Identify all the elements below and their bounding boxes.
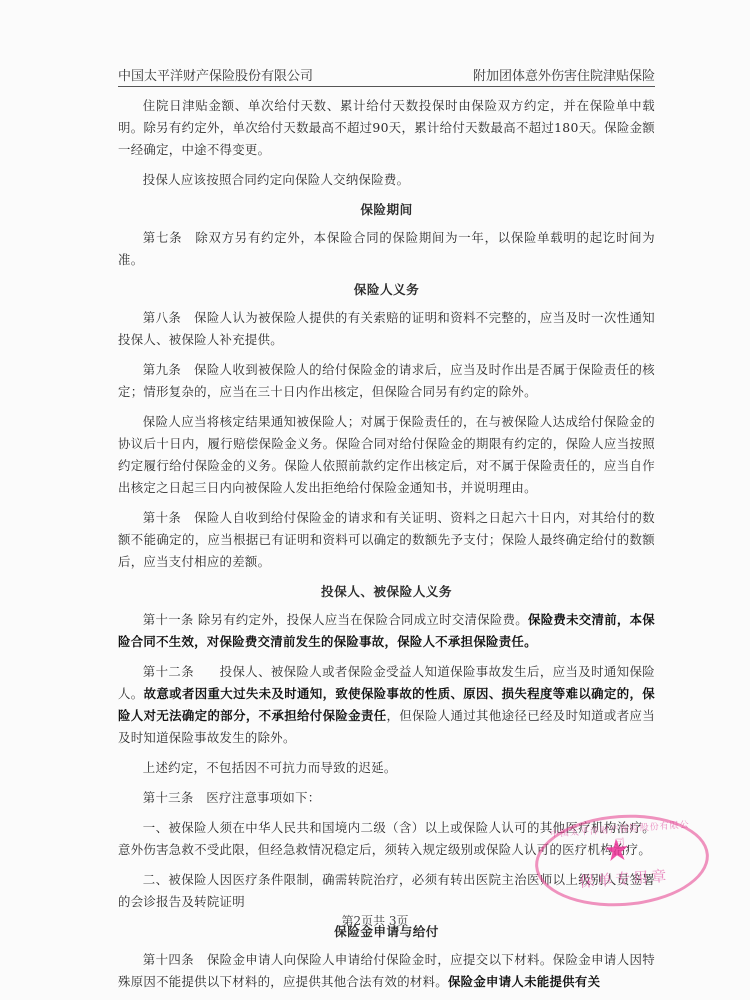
section-heading-policyholder-duties: 投保人、被保险人义务: [118, 581, 655, 603]
article-10: 第十条 保险人自收到给付保险金的请求和有关证明、资料之日起六十日内，对其给付的数…: [118, 507, 655, 573]
product-name: 附加团体意外伤害住院津贴保险: [473, 65, 655, 84]
document-page: 中国太平洋财产保险股份有限公司 附加团体意外伤害住院津贴保险 住院日津贴金额、单…: [0, 0, 750, 1000]
article-13: 第十三条 医疗注意事项如下：: [118, 787, 655, 809]
article-14: 第十四条 保险金申请人向保险人申请给付保险金时，应提交以下材料。保险金申请人因特…: [118, 949, 655, 993]
page-header: 中国太平洋财产保险股份有限公司 附加团体意外伤害住院津贴保险: [118, 64, 655, 87]
page-number: 第2页共 3页: [0, 912, 750, 929]
article-14-bold: 保险金申请人未能提供有关: [448, 974, 600, 989]
stamp-bottom-text: 保单专用章: [579, 865, 670, 892]
article-9-continued: 保险人应当将核定结果通知被保险人；对属于保险责任的，在与被保险人达成给付保险金的…: [118, 411, 655, 499]
article-11: 第十一条 除另有约定外，投保人应当在保险合同成立时交清保险费。保险费未交清前，本…: [118, 609, 655, 653]
article-7: 第七条 除双方另有约定外，本保险合同的保险期间为一年，以保险单载明的起讫时间为准…: [118, 227, 655, 271]
article-8: 第八条 保险人认为被保险人提供的有关索赔的证明和资料不完整的，应当及时一次性通知…: [118, 307, 655, 351]
section-heading-insurer-duties: 保险人义务: [118, 279, 655, 301]
article-12-note: 上述约定，不包括因不可抗力而导致的迟延。: [118, 757, 655, 779]
article-9: 第九条 保险人收到被保险人的给付保险金的请求后，应当及时作出是否属于保险责任的核…: [118, 359, 655, 403]
section-heading-period: 保险期间: [118, 199, 655, 221]
article-11-text: 第十一条 除另有约定外，投保人应当在保险合同成立时交清保险费。: [143, 612, 528, 627]
star-icon: ★: [602, 835, 631, 867]
company-name: 中国太平洋财产保险股份有限公司: [118, 65, 313, 84]
paragraph-benefit-terms: 住院日津贴金额、单次给付天数、累计给付天数投保时由保险双方约定，并在保险单中载明…: [118, 95, 655, 161]
paragraph-premium: 投保人应该按照合同约定向保险人交纳保险费。: [118, 169, 655, 191]
article-12: 第十二条 投保人、被保险人或者保险金受益人知道保险事故发生后，应当及时通知保险人…: [118, 661, 655, 749]
